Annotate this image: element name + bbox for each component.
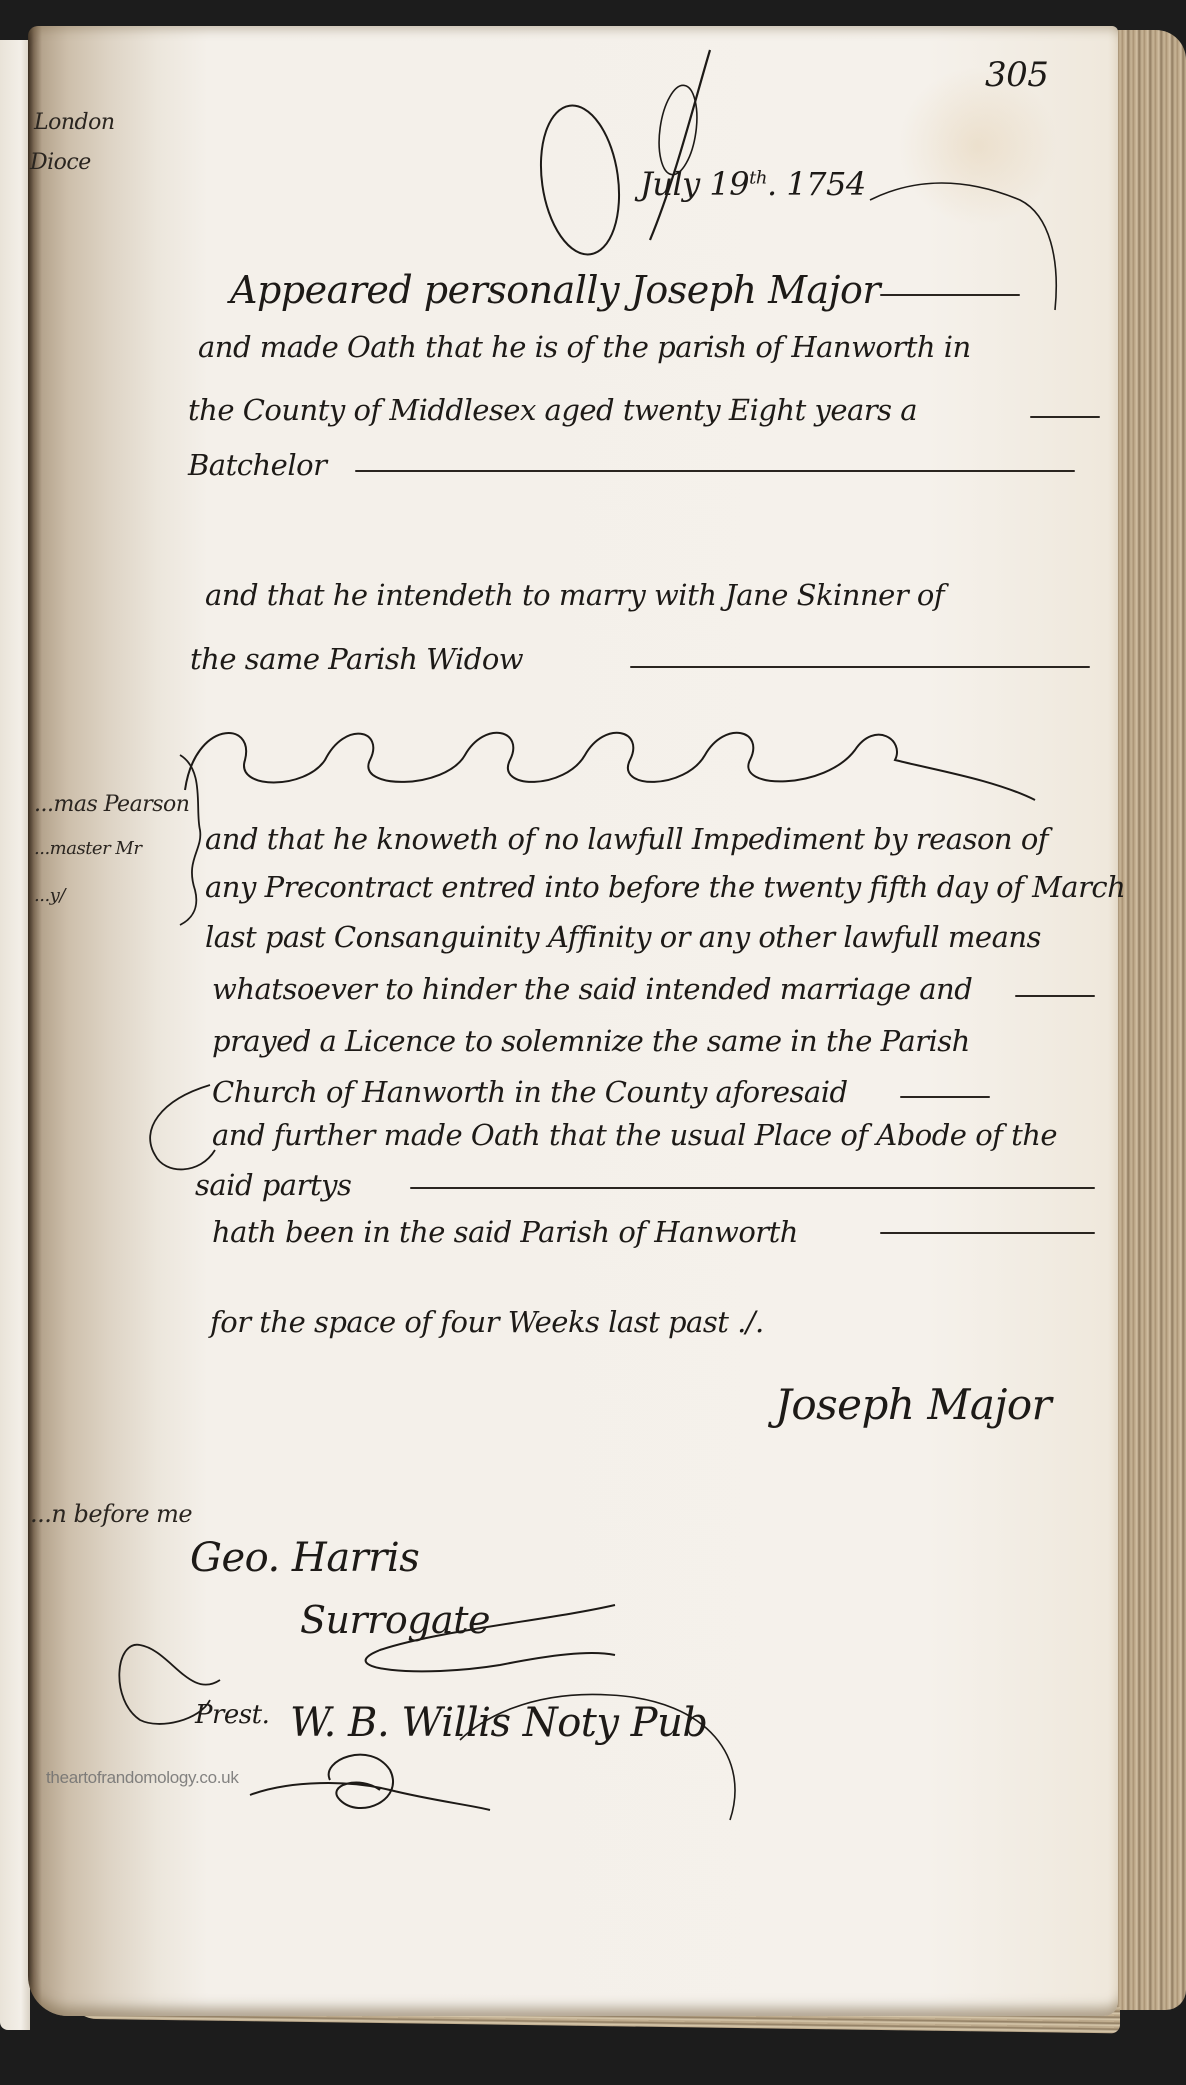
line-precontract: any Precontract entred into before the t…: [205, 870, 1125, 904]
document-scan: 305 London Dioce July 19th. 1754 Appeare…: [0, 0, 1186, 2085]
sworn-before-label: ...n before me: [30, 1500, 192, 1528]
line-filler-rule: [410, 1187, 1095, 1189]
line-filler-rule: [355, 470, 1075, 472]
entry-date: July 19th. 1754: [640, 165, 866, 203]
margin-witness-line-1: ...mas Pearson: [34, 792, 189, 817]
line-said-partys: said partys: [195, 1168, 351, 1202]
line-hath-been: hath been in the said Parish of Hanworth: [212, 1215, 798, 1249]
line-made-oath: and made Oath that he is of the parish o…: [198, 330, 971, 364]
line-same-parish-widow: the same Parish Widow: [190, 642, 523, 676]
date-separator: .: [767, 165, 777, 203]
page-number: 305: [985, 55, 1048, 95]
line-appeared: Appeared personally Joseph Major: [230, 268, 880, 312]
page-block-edge: [1112, 30, 1186, 2010]
line-further-oath: and further made Oath that the usual Pla…: [212, 1118, 1057, 1152]
surrogate-underline-flourish-icon: [300, 1600, 630, 1680]
line-county: the County of Middlesex aged twenty Eigh…: [188, 393, 917, 427]
margin-diocese-line-1: London: [34, 110, 115, 135]
line-filler-rule: [1030, 416, 1100, 418]
line-no-impediment: and that he knoweth of no lawfull Impedi…: [205, 822, 1048, 856]
surrogate-name: Geo. Harris: [190, 1535, 419, 1581]
loop-flourish-icon: [175, 700, 1075, 810]
date-day-suffix: th: [749, 167, 767, 188]
line-intendeth: and that he intendeth to marry with Jane…: [205, 578, 944, 612]
line-filler-rule: [900, 1096, 990, 1098]
line-batchelor: Batchelor: [188, 448, 326, 482]
line-filler-rule: [880, 1232, 1095, 1234]
notary-loop-flourish-icon: [230, 1680, 750, 1840]
line-filler-rule: [880, 294, 1020, 296]
margin-witness-line-2: ...master Mr: [34, 838, 141, 859]
line-church-of-hanworth: Church of Hanworth in the County aforesa…: [212, 1075, 848, 1109]
line-filler-rule: [630, 666, 1090, 668]
date-flourish-icon: [500, 40, 760, 260]
line-whatsoever: whatsoever to hinder the said intended m…: [212, 972, 972, 1006]
line-prayed-licence: prayed a Licence to solemnize the same i…: [212, 1024, 970, 1058]
line-filler-rule: [1015, 995, 1095, 997]
date-tail-flourish-icon: [870, 170, 1070, 320]
watermark-text: theartofrandomology.co.uk: [46, 1768, 239, 1788]
deponent-signature: Joseph Major: [775, 1380, 1051, 1429]
margin-witness-line-3: ...y/: [34, 885, 65, 906]
line-four-weeks: for the space of four Weeks last past ./…: [210, 1305, 764, 1339]
date-day: 19: [709, 165, 749, 203]
date-month: July: [640, 165, 700, 203]
facing-page-edge: [0, 40, 30, 2030]
date-year: 1754: [786, 165, 865, 203]
margin-diocese-line-2: Dioce: [30, 150, 91, 175]
line-consanguinity: last past Consanguinity Affinity or any …: [205, 920, 1041, 954]
